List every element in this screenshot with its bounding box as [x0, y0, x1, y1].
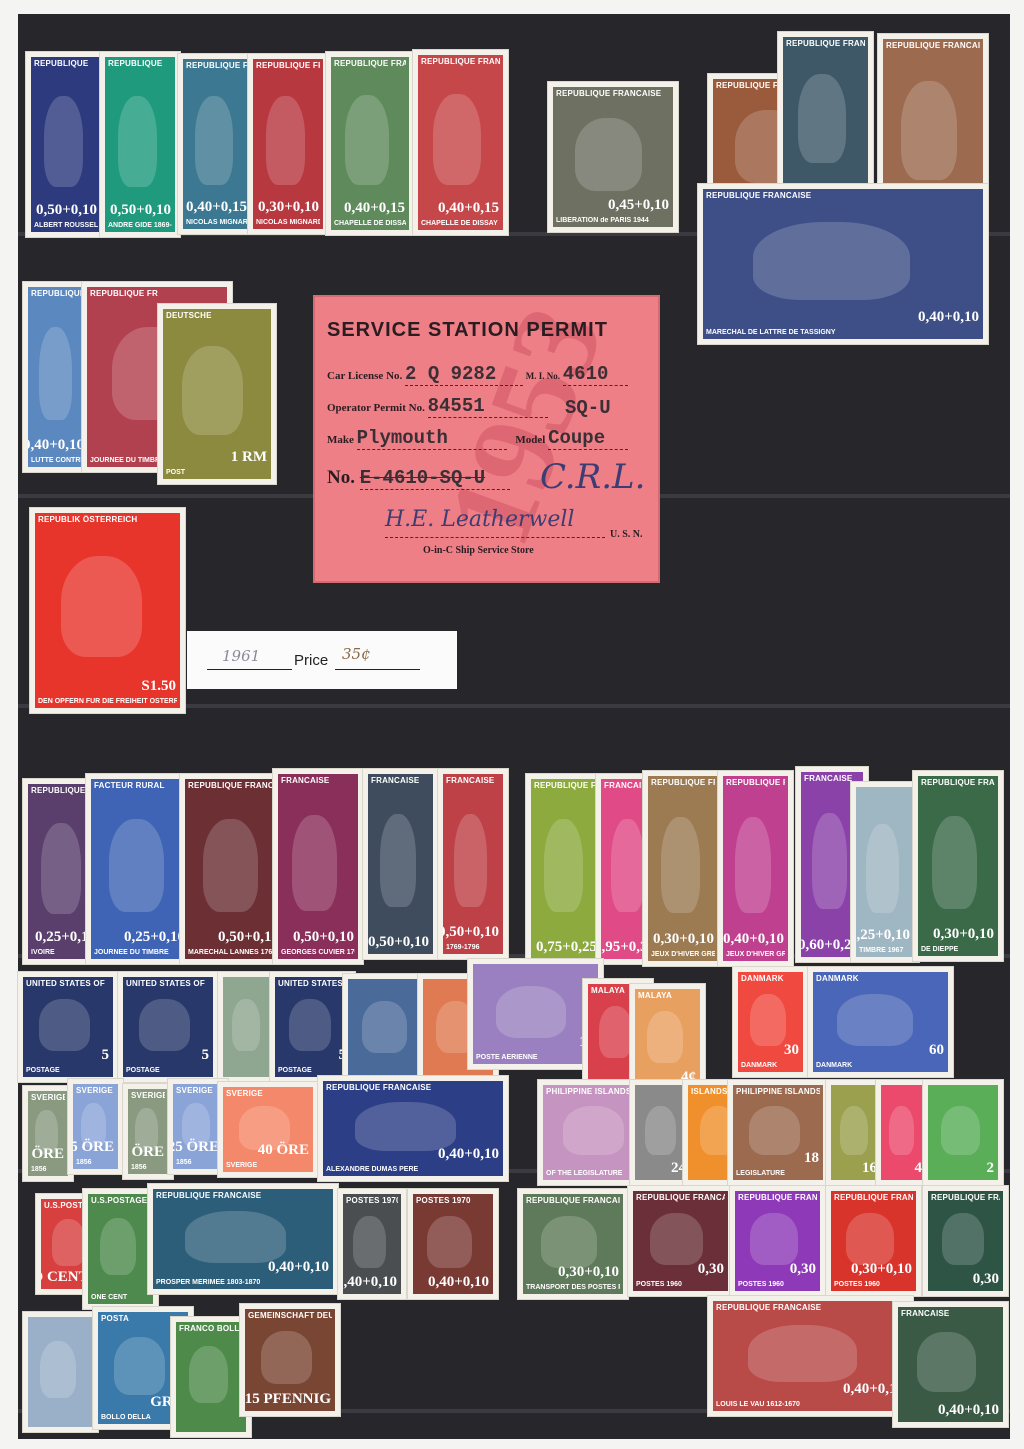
stamp-caption: DEN OPFERN FÜR DIE FREIHEIT ÖSTERREICHS: [38, 698, 177, 705]
stamp-country: REPUBLIQUE FRANCAISE: [156, 1191, 330, 1200]
stamp-country: DANMARK: [741, 974, 800, 983]
stamp-artwork: [345, 95, 389, 185]
postage-stamp: REPUBLIQUE FRANCAISEALEXANDRE DUMAS PERE…: [318, 1076, 508, 1181]
postage-stamp: REPUBLIQUE FRANCAISELIBERATION de PARIS …: [548, 82, 678, 232]
stamp-value: 0,40+0,10: [23, 437, 84, 454]
stamp-country: FACTEUR RURAL: [94, 781, 186, 790]
stamp-country: REPUBLIQUE FRANCAISE: [31, 289, 85, 298]
stamp-country: PHILIPPINE ISLANDS: [736, 1087, 820, 1096]
price-year: 1961: [222, 647, 260, 665]
postage-stamp: REPUBLIQUE FRANCAISEDE DIEPPE0,30+0,10: [913, 771, 1003, 961]
postage-stamp: MALAYA4¢: [630, 984, 705, 1094]
operator-permit-value: 84551: [428, 395, 548, 418]
stamp-country: REPUBLIQUE FRANC: [334, 59, 406, 68]
stamp-value: 0,30+0,10: [933, 926, 994, 943]
stamp-artwork: [647, 1011, 683, 1063]
postage-stamp: REPUBLIQUE FRANCAISECHAPELLE DE DISSAY (…: [413, 50, 508, 235]
stamp-value: 0,30+0,10: [653, 931, 714, 948]
stamp-artwork: [182, 346, 242, 434]
postage-stamp: TIMBRE 19670,25+0,10: [851, 782, 919, 962]
stamp-artwork: [650, 1213, 703, 1265]
postage-stamp: REPUBLIQUEANDRE GIDE 1869-19510,50+0,10: [100, 52, 180, 237]
stamp-caption: GEORGES CUVIER 1769-1832: [281, 949, 355, 956]
stamp-artwork: [735, 817, 771, 913]
postage-stamp: REPUBLIQUE FRANCAISELOUIS LE VAU 1612-16…: [708, 1296, 913, 1416]
stamp-caption: JEUX D'HIVER GRENOBLE 1968: [651, 951, 715, 958]
stamp-caption: MARECHAL DE LATTRE DE TASSIGNY: [706, 329, 980, 336]
stamp-artwork: [289, 999, 331, 1051]
stamp-artwork: [661, 817, 700, 913]
stamp-country: REPUBLIQUE: [34, 59, 98, 68]
stamp-country: REPUBLIQUE FRANCAISE: [556, 89, 670, 98]
postage-stamp: REPUBLIQUE FRANCAISEPOSTES 19600,30+0,10: [826, 1186, 921, 1296]
stamp-artwork: [749, 1106, 799, 1155]
stamp-country: REPUBLIQUE FRANCAISE: [421, 57, 500, 66]
stamp-value: 0,25+0,10: [124, 929, 185, 946]
stamp-country: FRANCO BOLLO POSTALE: [179, 1324, 243, 1333]
postage-stamp: REPUBLIQUE FRANCAISEJEUX D'HIVER GRENOBL…: [643, 771, 723, 966]
initials-signature: C.R.L.: [540, 457, 645, 497]
postage-stamp: GEMEINSCHAFT DEUTSCHE POST15 PFENNIG: [240, 1304, 340, 1416]
stamp-value: 25 ÖRE: [68, 1139, 114, 1156]
permit-title: SERVICE STATION PERMIT: [327, 319, 608, 342]
stamp-artwork: [189, 1346, 228, 1403]
stamp-caption: ALEXANDRE DUMAS PERE: [326, 1166, 500, 1173]
postage-stamp: SVERIGE185625 ÖRE: [68, 1079, 123, 1174]
stamp-value: 0,30: [790, 1261, 816, 1278]
stamp-caption: SVERIGE: [226, 1162, 310, 1169]
make-value: Plymouth: [357, 427, 507, 450]
stamp-country: DEUTSCHE: [166, 311, 268, 320]
stamp-caption: ALBERT ROUSSEL 1869-1937: [34, 222, 98, 229]
stamp-country: REPUBLIQUE FRANCAISE: [834, 1193, 913, 1202]
stamp-artwork: [840, 1106, 868, 1155]
usn-label: U. S. N.: [610, 529, 643, 540]
stamp-country: FRANCAISE: [446, 776, 500, 785]
stamp-caption: POSTES 1960: [636, 1281, 725, 1288]
stamp-caption: NICOLAS MIGNARD: [256, 219, 320, 226]
stamp-artwork: [942, 1213, 984, 1265]
stamp-caption: DE DIEPPE: [921, 946, 995, 953]
stamp-caption: POSTAGE: [26, 1067, 110, 1074]
mi-label: M. I. No.: [526, 371, 560, 381]
stamp-artwork: [114, 1337, 164, 1395]
postage-stamp: REPUBLIQUE FRNICOLAS MIGNARD0,30+0,10: [248, 54, 328, 234]
stamp-value: 5: [202, 1047, 210, 1064]
stamp-value: 0,40+0,10: [938, 1402, 999, 1419]
postage-stamp: [218, 972, 278, 1082]
stamp-caption: TRANSPORT DES POSTES PARIS 1900: [526, 1284, 620, 1291]
stamp-country: REPUBLIQUE FRANCAISE: [651, 778, 715, 787]
stamp-caption: 1856: [31, 1166, 65, 1173]
stamp-artwork: [889, 1106, 914, 1155]
stamp-artwork: [52, 1219, 86, 1266]
stamp-country: MALAYA: [638, 991, 697, 1000]
stamp-caption: JOURNEE DU TIMBRE: [94, 949, 186, 956]
stamp-caption: POSTE AERIENNE: [476, 1054, 595, 1061]
stamp-value: 0,75+0,25: [536, 939, 597, 956]
stamp-caption: LUTTE CONTRE: [31, 457, 85, 464]
stamp-artwork: [798, 74, 846, 162]
stamp-value: 40 ÖRE: [258, 1142, 309, 1159]
stamp-value: 4: [915, 1160, 923, 1177]
stamp-artwork: [748, 1325, 857, 1382]
postage-stamp: U.S.POSTAGEONE CENT: [83, 1189, 158, 1309]
stamp-artwork: [750, 1213, 798, 1265]
postage-stamp: FRANCO BOLLO POSTALE: [171, 1317, 251, 1437]
stamp-caption: 1769-1796: [446, 944, 500, 951]
stamp-country: REPUBLIQUE FRANCAISE: [921, 778, 995, 787]
stamp-value: 0,40+0,15: [344, 200, 405, 217]
stamp-artwork: [44, 96, 83, 187]
stamp-value: 0,40+0,15: [438, 200, 499, 217]
stamp-country: U.S.POSTAGE: [91, 1196, 150, 1205]
postage-stamp: REPUBLIQUE FRANCAISEPROSPER MERIMEE 1803…: [148, 1184, 338, 1294]
car-license-label: Car License No.: [327, 370, 402, 382]
stamp-country: UNITED STATES OF: [26, 979, 110, 988]
postage-stamp: UNITED STATES OFPOSTAGE5: [18, 972, 118, 1082]
postage-stamp: FRANCAISE0,40+0,10: [893, 1302, 1008, 1427]
stamp-value: 10 ÖRE: [123, 1144, 164, 1161]
stamp-caption: TIMBRE 1967: [859, 947, 911, 954]
stamp-country: REPUBLIQUE FR: [256, 61, 320, 70]
stamp-artwork: [563, 1106, 625, 1155]
postage-stamp: UNITED STATES OFPOSTAGE5: [118, 972, 218, 1082]
stamp-country: REPUBLIQUE FR: [90, 289, 224, 298]
stamp-value: 0,30+0,10: [258, 199, 319, 216]
stamp-artwork: [866, 824, 898, 912]
stamp-country: FRANCAISE: [901, 1309, 1000, 1318]
stamp-caption: DANMARK: [741, 1062, 800, 1069]
stamp-value: 0,45+0,10: [608, 197, 669, 214]
operator-permit-label: Operator Permit No.: [327, 402, 425, 414]
postage-stamp: 2: [923, 1080, 1003, 1185]
postage-stamp: REPUBLIQUEALBERT ROUSSEL 1869-19370,50+0…: [26, 52, 106, 237]
stamp-artwork: [750, 994, 786, 1046]
postage-stamp: REPUBLIQUE FRANCAISEMARECHAL LANNES 1769…: [180, 774, 288, 964]
stamp-value: 25 ÖRE: [168, 1139, 219, 1156]
stamp-country: REPUBLIQUE FRANCAISE: [738, 1193, 817, 1202]
stamp-caption: ANDRE GIDE 1869-1951: [108, 222, 172, 229]
stamp-value: 0,40+0,10: [428, 1274, 489, 1291]
stamp-country: POSTES 1970: [416, 1196, 490, 1205]
stamp-artwork: [362, 1001, 407, 1053]
stamp-country: SVERIGE: [226, 1089, 310, 1098]
stamp-country: DANMARK: [816, 974, 945, 983]
stamp-artwork: [753, 222, 910, 300]
stamp-value: 30: [784, 1042, 799, 1059]
stamp-value: S1.50: [141, 678, 176, 695]
stamp-country: FRANCAISE: [281, 776, 355, 785]
stamp-caption: LIBERATION de PARIS 1944: [556, 217, 670, 224]
price-label: 1961 Price 35¢: [187, 631, 457, 689]
stamp-artwork: [109, 819, 164, 913]
stamp-value: 5: [102, 1047, 110, 1064]
postage-stamp: FRANCAISE0,50+0,10: [363, 769, 438, 959]
stamp-value: 0,40+0,10: [723, 931, 784, 948]
stamp-country: SVERIGE: [76, 1086, 115, 1095]
postage-stamp: REPUBLIQUE FRANCAISEJEUX D'HIVER GRENOBL…: [718, 771, 793, 966]
stamp-country: UNITED STATES OF: [126, 979, 210, 988]
postage-stamp: POSTES 19700,40+0,10: [338, 1189, 406, 1299]
stamp-value: 0,50+0,10: [293, 929, 354, 946]
stamp-caption: 1856: [176, 1159, 220, 1166]
stamp-artwork: [837, 994, 913, 1046]
stamp-artwork: [232, 999, 260, 1051]
stamp-artwork: [544, 819, 583, 913]
make-label: Make: [327, 434, 354, 446]
stamp-value: 0,40+0,10: [438, 1146, 499, 1163]
stamp-artwork: [195, 96, 233, 184]
stamp-artwork: [932, 816, 977, 910]
stamp-caption: POSTES 1960: [834, 1281, 913, 1288]
stamp-country: REPUBLIQUE FRANCAISE: [534, 781, 598, 790]
mi-value-suffix: SQ-U: [565, 397, 611, 419]
service-station-permit-card: 1953 SERVICE STATION PERMIT Car License …: [315, 297, 658, 581]
stamp-artwork: [261, 1331, 311, 1384]
stamp-country: REPUBLIQUE FRANCAISE: [886, 41, 980, 50]
stamp-value: 0,50+0,10: [110, 202, 171, 219]
stamp-artwork: [846, 1213, 894, 1265]
stamp-value: 1 RM: [231, 449, 267, 466]
stamp-country: SVERIGE: [131, 1091, 165, 1100]
postage-stamp: REPUBLIQUE FRANCAISE0,30: [923, 1186, 1008, 1296]
stamp-value: 0,50+0,10: [368, 934, 429, 951]
stamp-artwork: [41, 823, 81, 914]
stamp-caption: CHAPELLE DE DISSAY (VIENNE): [421, 220, 500, 227]
stamp-country: REPUBLIQUE FRANCAISE: [326, 1083, 500, 1092]
stamp-caption: ONE CENT: [91, 1294, 150, 1301]
stamp-artwork: [39, 327, 73, 421]
stamp-caption: 1856: [131, 1164, 165, 1171]
postage-stamp: SVERIGE185610 ÖRE: [123, 1084, 173, 1179]
stamp-artwork: [292, 815, 337, 911]
stamp-country: SVERIGE: [176, 1086, 220, 1095]
stamp-country: POSTES 1970: [346, 1196, 398, 1205]
stamp-country: REPUBLIQUE FRANCAISE: [636, 1193, 725, 1202]
postage-stamp: REPUBLIK ÖSTERREICHDEN OPFERN FÜR DIE FR…: [30, 508, 185, 713]
stamp-caption: JEUX D'HIVER GRENOBLE 1968: [726, 951, 785, 958]
car-license-value: 2 Q 9282: [405, 363, 523, 386]
stamp-artwork: [266, 96, 305, 184]
stamp-country: UNITED STATES OF: [278, 979, 347, 988]
stamp-caption: DANMARK: [816, 1062, 945, 1069]
permit-footer: O-in-C Ship Service Store: [423, 545, 534, 556]
stamp-artwork: [100, 1218, 136, 1275]
stamp-country: REPUBLIK ÖSTERREICH: [38, 515, 177, 524]
stamp-artwork: [353, 1216, 385, 1268]
stamp-artwork: [185, 1211, 286, 1263]
stamp-artwork: [61, 556, 142, 657]
postage-stamp: DEUTSCHEPOST1 RM: [158, 304, 276, 484]
stamp-value: 0,25+0,10: [851, 927, 910, 944]
stamp-value: 16: [862, 1160, 877, 1177]
mi-value: 4610: [563, 363, 628, 386]
officer-signature: H.E. Leatherwell: [385, 507, 574, 532]
stamp-value: 0,40+0,15: [186, 199, 247, 216]
stamp-artwork: [575, 118, 642, 191]
stamp-value: 2: [987, 1160, 995, 1177]
postage-stamp: SVERIGESVERIGE40 ÖRE: [218, 1082, 318, 1177]
number-value: E-4610-SQ-U: [360, 467, 510, 490]
model-value: Coupe: [548, 427, 628, 450]
postage-stamp: FACTEUR RURALJOURNEE DU TIMBRE0,25+0,10: [86, 774, 194, 964]
stamp-value: 0,30+0,10: [851, 1261, 912, 1278]
stamp-artwork: [901, 81, 957, 180]
stamp-caption: POST: [166, 469, 268, 476]
postage-stamp: REPUBLIQUE FRANCAISEPOSTES 19600,30: [628, 1186, 733, 1296]
stamp-caption: 1856: [76, 1159, 115, 1166]
postage-stamp: SVERIGE185610 ÖRE: [23, 1086, 73, 1181]
stamp-artwork: [39, 999, 89, 1051]
stamp-value: 0,30+0,10: [558, 1264, 619, 1281]
stamp-artwork: [203, 819, 258, 913]
stamp-value: 0,40+0,10: [338, 1274, 397, 1291]
stamp-artwork: [118, 96, 157, 187]
stamp-caption: LEGISLATURE: [736, 1170, 820, 1177]
stamp-artwork: [941, 1106, 980, 1155]
postage-stamp: DANMARKDANMARK30: [733, 967, 808, 1077]
stamp-caption: NICOLAS MIGNARD: [186, 219, 248, 226]
stamp-value: 0,50+0,10: [438, 924, 499, 941]
stamp-caption: PROSPER MERIMEE 1803-1870: [156, 1279, 330, 1286]
postage-stamp: PHILIPPINE ISLANDSLEGISLATURE18: [728, 1080, 828, 1185]
stamp-value: 0,50+0,10: [36, 202, 97, 219]
model-label: Model: [515, 434, 545, 446]
stamp-artwork: [599, 1006, 633, 1058]
price-value: 35¢: [342, 645, 371, 663]
stock-page: REPUBLIQUEALBERT ROUSSEL 1869-19370,50+0…: [18, 14, 1010, 1439]
stamp-country: REPUBLIQUE FRANCAISE: [188, 781, 280, 790]
stamp-value: 60: [929, 1042, 944, 1059]
stamp-artwork: [433, 94, 481, 185]
stamp-caption: POSTES 1960: [738, 1281, 817, 1288]
stamp-artwork: [380, 814, 416, 908]
postage-stamp: REPUBLIQUE FRANCAISEMARECHAL DE LATTRE D…: [698, 184, 988, 344]
stamp-country: REPUBLIQUE FRANCAISE: [706, 191, 980, 200]
stamp-country: REPUBLIQUE F: [186, 61, 248, 70]
stamp-country: SVERIGE: [31, 1093, 65, 1102]
stamp-value: 0,40+0,10: [268, 1259, 329, 1276]
stamp-country: REPUBLIQUE FRANCAISE: [716, 1303, 905, 1312]
stamp-country: REPUBLIQUE FRANCAISE: [931, 1193, 1000, 1202]
postage-stamp: POSTES 19700,40+0,10: [408, 1189, 498, 1299]
stamp-value: 0,50+0,10: [218, 929, 279, 946]
postage-stamp: [23, 1312, 98, 1432]
stamp-value: 18: [804, 1150, 819, 1167]
stamp-caption: POSTAGE: [126, 1067, 210, 1074]
stamp-country: REPUBLIQUE FRANCAISE: [526, 1196, 620, 1205]
stamp-caption: LOUIS LE VAU 1612-1670: [716, 1401, 905, 1408]
stamp-value: 0,30: [973, 1271, 999, 1288]
postage-stamp: FRANCAISEGEORGES CUVIER 1769-18320,50+0,…: [273, 769, 363, 964]
stamp-artwork: [355, 1102, 456, 1151]
stamp-country: GEMEINSCHAFT DEUTSCHE POST: [248, 1311, 332, 1320]
postage-stamp: REPUBLIQUE FRANCCHAPELLE DE DISSAY (VIEN…: [326, 52, 414, 235]
postage-stamp: DANMARKDANMARK60: [808, 967, 953, 1077]
stamp-value: 0,60+0,20: [798, 937, 859, 954]
stamp-artwork: [139, 999, 189, 1051]
stamp-artwork: [40, 1341, 76, 1398]
stamp-country: REPUBLIQUE FRANCAISE: [786, 39, 865, 48]
stamp-country: REPUBLIQUE FRANCAISE: [726, 778, 785, 787]
stamp-caption: CHAPELLE DE DISSAY (VIENNE): [334, 220, 406, 227]
stamp-value: 0,30: [698, 1261, 724, 1278]
number-label: No.: [327, 467, 355, 488]
stamp-value: 0,40+0,10: [918, 309, 979, 326]
stamp-artwork: [611, 819, 643, 913]
postage-stamp: REPUBLIQUE FRANCAISEPOSTES 19600,30: [730, 1186, 825, 1296]
stamp-artwork: [917, 1332, 976, 1392]
stamp-artwork: [645, 1106, 676, 1155]
stamp-artwork: [427, 1216, 472, 1268]
stamp-artwork: [496, 986, 566, 1038]
stamp-artwork: [812, 813, 847, 909]
stamp-country: FRANCAISE: [371, 776, 430, 785]
postage-stamp: FRANCAISE1769-17960,50+0,10: [438, 769, 508, 959]
stamp-artwork: [454, 814, 488, 908]
price-caption: Price: [294, 652, 328, 669]
stamp-caption: MARECHAL LANNES 1769-1809: [188, 949, 280, 956]
postage-stamp: REPUBLIQUE FRANCAISE0,75+0,25: [526, 774, 606, 964]
stamp-artwork: [541, 1216, 597, 1268]
postage-stamp: REPUBLIQUE FRANCAISETRANSPORT DES POSTES…: [518, 1189, 628, 1299]
stamp-country: REPUBLIQUE: [108, 59, 172, 68]
postage-stamp: REPUBLIQUE FNICOLAS MIGNARD0,40+0,15: [178, 54, 256, 234]
stamp-caption: POSTAGE: [278, 1067, 347, 1074]
stamp-value: 15 PFENNIG: [245, 1391, 331, 1408]
stamp-value: 10 ÖRE: [23, 1146, 64, 1163]
